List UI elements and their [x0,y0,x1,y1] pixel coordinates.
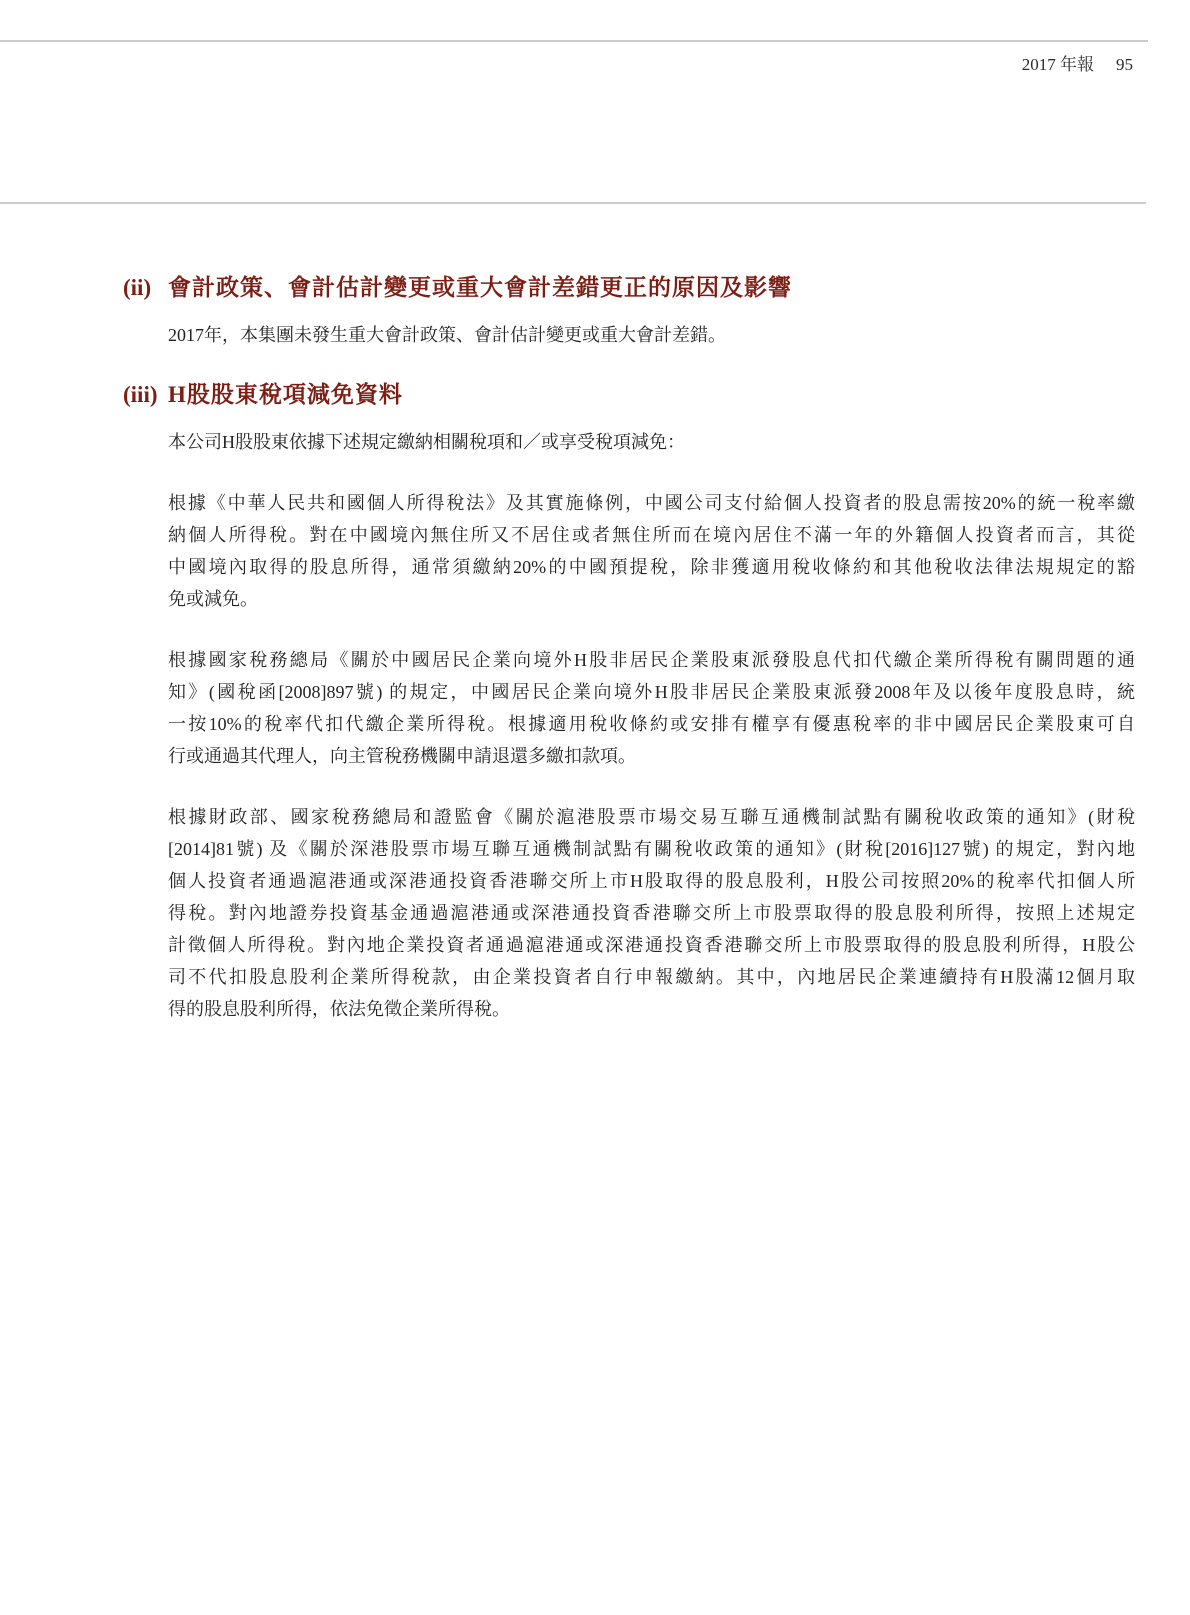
section-label: (iii) [123,379,168,411]
text-line: 免或減免。 [168,583,1135,615]
text-line: 得的股息股利所得，依法免徵企業所得稅。 [168,993,1135,1025]
content-divider-rule [0,202,1146,204]
section-heading-ii: (ii)會計政策、會計估計變更或重大會計差錯更正的原因及影響 [123,272,1135,304]
paragraph: 根據財政部、國家稅務總局和證監會《關於滬港股票市場交易互聯互通機制試點有關稅收政… [168,801,1135,1025]
text-line: 2017年，本集團未發生重大會計政策、會計估計變更或重大會計差錯。 [168,319,1135,351]
document-body: (ii)會計政策、會計估計變更或重大會計差錯更正的原因及影響2017年，本集團未… [123,272,1135,1025]
text-line: 行或通過其代理人，向主管稅務機關申請退還多繳扣款項。 [168,740,1135,772]
page-header: 2017 年報95 [1022,50,1133,75]
text-line: 根據《中華人民共和國個人所得稅法》及其實施條例，中國公司支付給個人投資者的股息需… [168,487,1135,519]
text-line: 納個人所得稅。對在中國境內無住所又不居住或者無住所而在境內居住不滿一年的外籍個人… [168,519,1135,551]
page-number: 95 [1116,55,1133,74]
section-title: 會計政策、會計估計變更或重大會計差錯更正的原因及影響 [168,272,1135,304]
text-line: 中國境內取得的股息所得，通常須繳納20%的中國預提稅，除非獲適用稅收條約和其他稅… [168,551,1135,583]
text-line: 根據財政部、國家稅務總局和證監會《關於滬港股票市場交易互聯互通機制試點有關稅收政… [168,801,1135,833]
section-heading-iii: (iii)H股股東稅項減免資料 [123,379,1135,411]
text-line: 得稅。對內地證券投資基金通過滬港通或深港通投資香港聯交所上市股票取得的股息股利所… [168,897,1135,929]
text-line: 知》(國稅函[2008]897號) 的規定，中國居民企業向境外H股非居民企業股東… [168,676,1135,708]
text-line: 個人投資者通過滬港通或深港通投資香港聯交所上市H股取得的股息股利，H股公司按照2… [168,865,1135,897]
text-line: 本公司H股股東依據下述規定繳納相關稅項和／或享受稅項減免： [168,426,1135,458]
paragraph: 2017年，本集團未發生重大會計政策、會計估計變更或重大會計差錯。 [168,319,1135,351]
report-title: 2017 年報 [1022,55,1094,74]
paragraph: 本公司H股股東依據下述規定繳納相關稅項和／或享受稅項減免： [168,426,1135,458]
text-line: [2014]81號) 及《關於深港股票市場互聯互通機制試點有關稅收政策的通知》(… [168,833,1135,865]
section-label: (ii) [123,272,168,304]
paragraph: 根據《中華人民共和國個人所得稅法》及其實施條例，中國公司支付給個人投資者的股息需… [168,487,1135,615]
text-line: 司不代扣股息股利企業所得稅款，由企業投資者自行申報繳納。其中，內地居民企業連續持… [168,961,1135,993]
header-rule [0,40,1148,42]
paragraph: 根據國家稅務總局《關於中國居民企業向境外H股非居民企業股東派發股息代扣代繳企業所… [168,644,1135,772]
text-line: 計徵個人所得稅。對內地企業投資者通過滬港通或深港通投資香港聯交所上市股票取得的股… [168,929,1135,961]
text-line: 根據國家稅務總局《關於中國居民企業向境外H股非居民企業股東派發股息代扣代繳企業所… [168,644,1135,676]
text-line: 一按10%的稅率代扣代繳企業所得稅。根據適用稅收條約或安排有權享有優惠稅率的非中… [168,708,1135,740]
section-title: H股股東稅項減免資料 [168,379,1135,411]
